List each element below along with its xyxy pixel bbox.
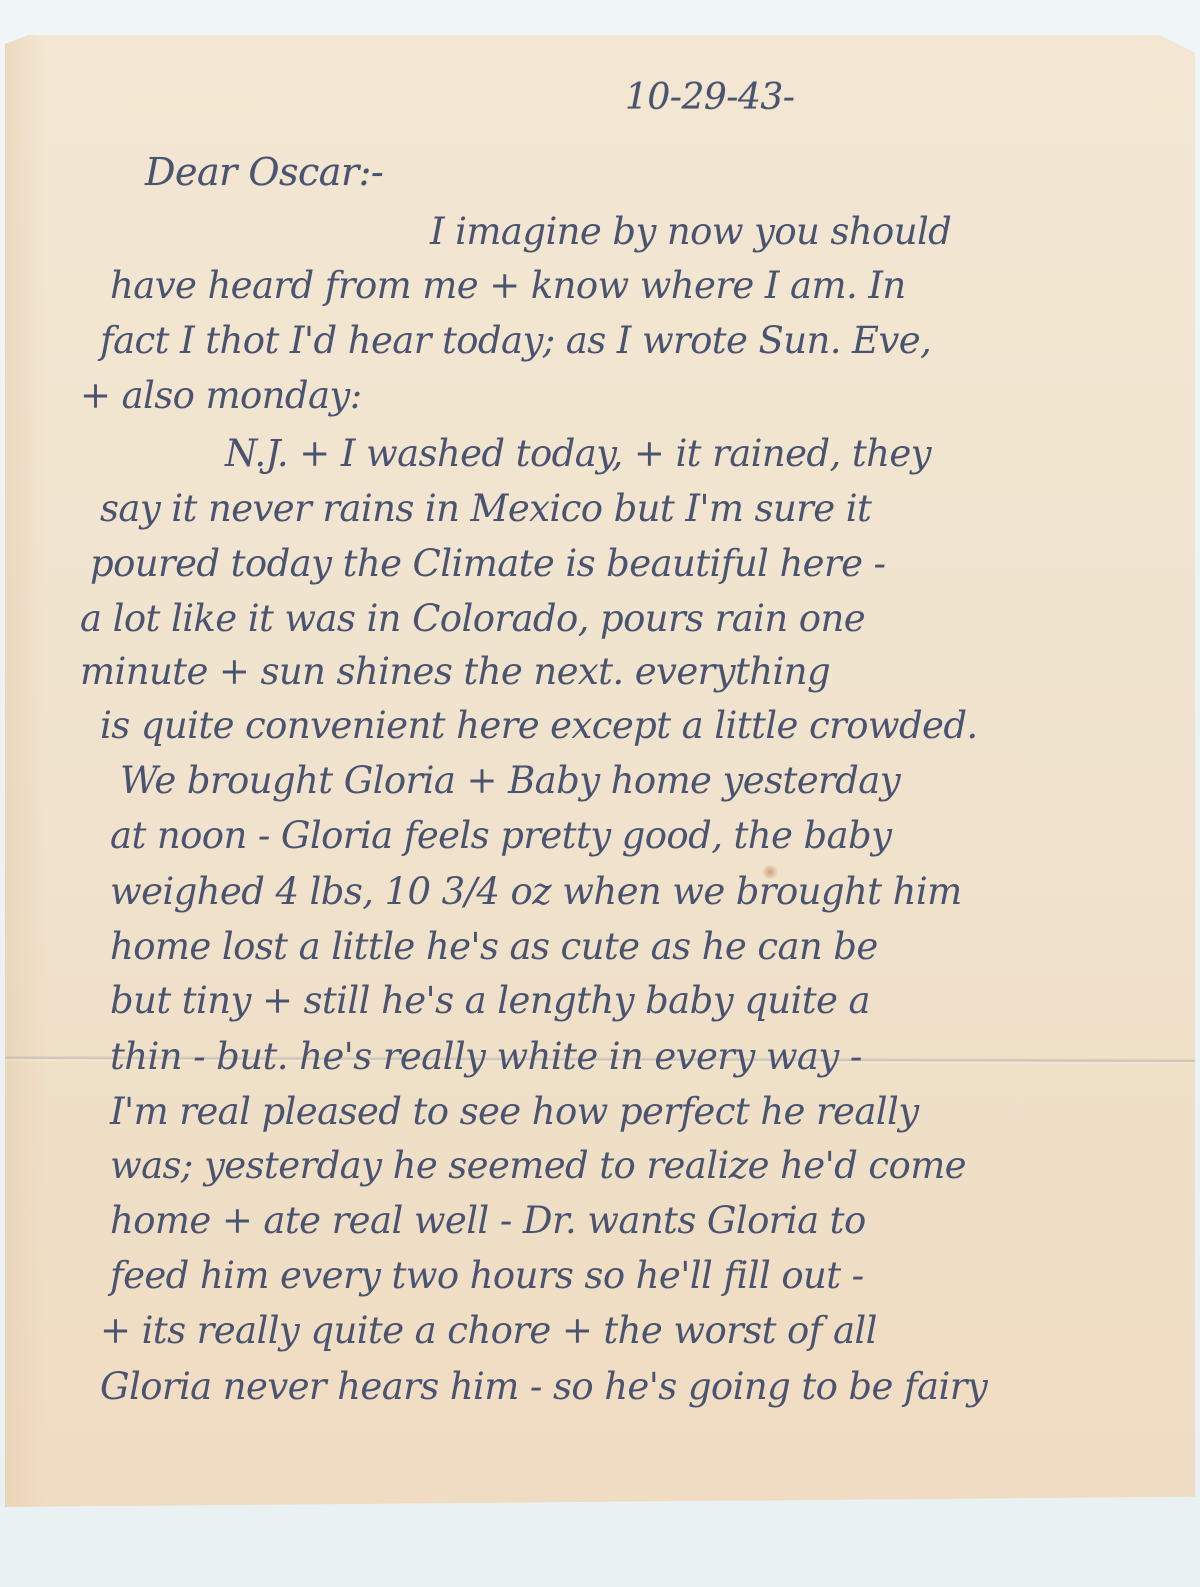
letter-line: I imagine by now you should [430, 213, 951, 250]
letter-line: but tiny + still he's a lengthy baby qui… [110, 982, 870, 1019]
letter-line: weighed 4 lbs, 10 3/4 oz when we brought… [110, 873, 962, 910]
letter-line: at noon - Gloria feels pretty good, the … [110, 817, 891, 854]
letter-line: I'm real pleased to see how perfect he r… [110, 1093, 919, 1130]
letter-paper: 10-29-43- Dear Oscar:- I imagine by now … [5, 35, 1195, 1507]
letter-salutation: Dear Oscar:- [145, 153, 383, 191]
letter-line: poured today the Climate is beautiful he… [90, 545, 885, 582]
letter-line: feed him every two hours so he'll fill o… [110, 1257, 864, 1294]
letter-line: + also monday: [80, 377, 362, 414]
letter-line: We brought Gloria + Baby home yesterday [120, 762, 900, 799]
letter-line: have heard from me + know where I am. In [110, 267, 906, 304]
letter-line: a lot like it was in Colorado, pours rai… [80, 600, 865, 637]
letter-line: N.J. + I washed today, + it rained, they [225, 435, 931, 472]
letter-line: home + ate real well - Dr. wants Gloria … [110, 1202, 866, 1239]
letter-line: is quite convenient here except a little… [100, 707, 978, 744]
letter-line: thin - but. he's really white in every w… [110, 1038, 862, 1075]
letter-line: was; yesterday he seemed to realize he'd… [110, 1147, 966, 1184]
letter-line: say it never rains in Mexico but I'm sur… [100, 490, 871, 527]
letter-line: minute + sun shines the next. everything [80, 653, 830, 690]
letter-date: 10-29-43- [625, 80, 794, 116]
letter-line: Gloria never hears him - so he's going t… [100, 1368, 987, 1405]
paper-edge-shading [5, 35, 45, 1507]
letter-line: fact I thot I'd hear today; as I wrote S… [100, 322, 931, 359]
letter-line: home lost a little he's as cute as he ca… [110, 928, 878, 965]
letter-line: + its really quite a chore + the worst o… [100, 1312, 877, 1349]
